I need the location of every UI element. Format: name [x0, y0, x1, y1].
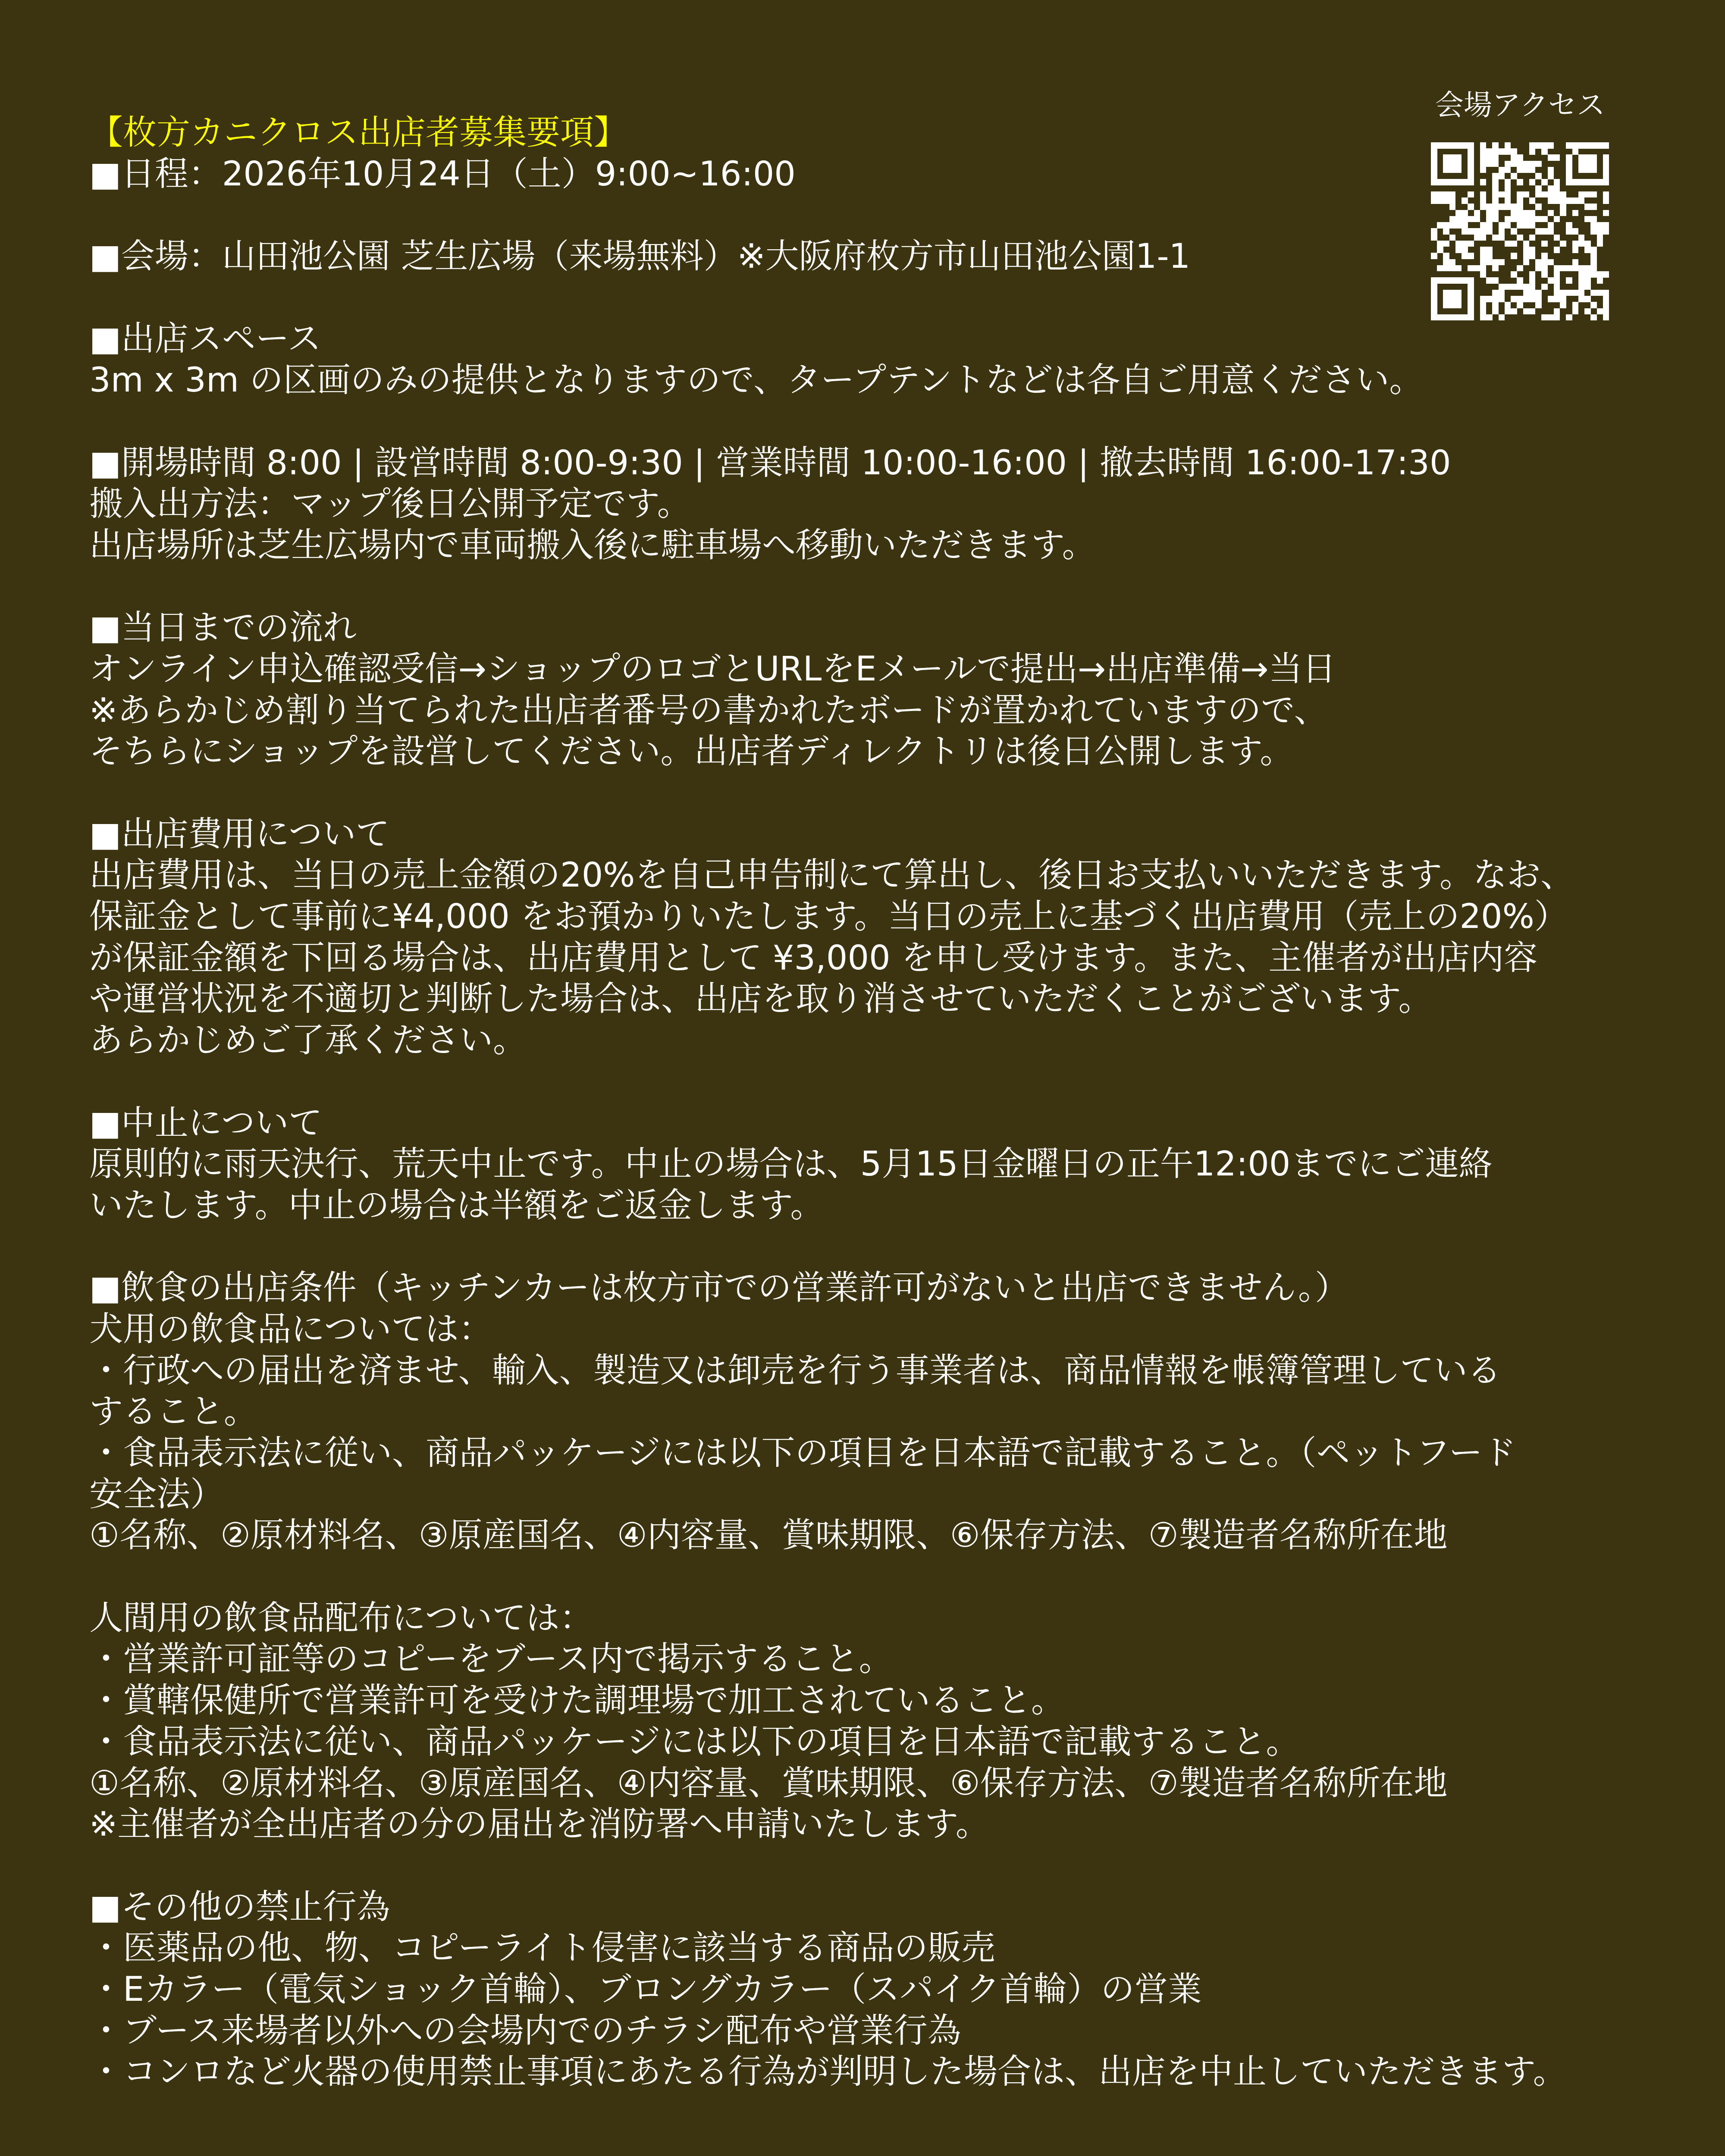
body-text-line: 出店費用は、当日の売上金額の20%を自己申告制にて算出し、後日お支払いいただきま… — [89, 855, 1685, 896]
body-text-line: ・食品表示法に従い、商品パッケージには以下の項目を日本語で記載すること。 — [89, 1722, 1685, 1763]
body-text-line: 搬入出方法：マップ後日公開予定です。 — [89, 484, 1685, 525]
body-text-line: 保証金として事前に¥4,000 をお預かりいたします。当日の売上に基づく出店費用… — [89, 896, 1685, 938]
section-heading: ■出店費用について — [89, 814, 1685, 856]
body-text-line: ・賞轄保健所で営業許可を受けた調理場で加工されていること。 — [89, 1680, 1685, 1722]
body-text-line: ・営業許可証等のコピーをブース内で掲示すること。 — [89, 1639, 1685, 1680]
section-heading: ■その他の禁止行為 — [89, 1887, 1685, 1928]
body-text-line: いたします。中止の場合は半額をご返金します。 — [89, 1185, 1685, 1227]
body-text-line: 犬用の飲食品については： — [89, 1309, 1685, 1351]
body-text-line: 3m x 3m の区画のみの提供となりますので、タープテントなどは各自ご用意くだ… — [89, 360, 1685, 401]
body-text-line: あらかじめご了承ください。 — [89, 1020, 1685, 1062]
body-text-line: が保証金額を下回る場合は、出店費用として ¥3,000 を申し受けます。また、主… — [89, 938, 1685, 979]
body-text-line: ・食品表示法に従い、商品パッケージには以下の項目を日本語で記載すること。（ペット… — [89, 1433, 1685, 1474]
body-text-line: ①名称、②原材料名、③原産国名、④内容量、賞味期限、⑥保存方法、⑦製造者名称所在… — [89, 1515, 1685, 1557]
body-text-line: 原則的に雨天決行、荒天中止です。中止の場合は、5月15日金曜日の正午12:00ま… — [89, 1144, 1685, 1185]
body-text-line: そちらにショップを設営してください。出店者ディレクトリは後日公開します。 — [89, 731, 1685, 773]
body-text-line: ・医薬品の他、物、コピーライト侵害に該当する商品の販売 — [89, 1928, 1685, 1969]
blank-line — [89, 1557, 1685, 1598]
blank-line — [89, 1846, 1685, 1887]
blank-line — [89, 1227, 1685, 1268]
qr-code-icon[interactable] — [1431, 142, 1609, 320]
body-text-line: 出店場所は芝生広場内で車両搬入後に駐車場へ移動いただきます。 — [89, 525, 1685, 567]
section-heading: ■中止について — [89, 1103, 1685, 1144]
section-heading: ■当日までの流れ — [89, 608, 1685, 649]
body-text-line: オンライン申込確認受信→ショップのロゴとURLをEメールで提出→出店準備→当日 — [89, 649, 1685, 690]
section-heading: ■飲食の出店条件（キッチンカーは枚方市での営業許可がないと出店できません。） — [89, 1268, 1685, 1309]
section-heading: ■出店スペース — [89, 319, 1685, 360]
body-text-line: ※主催者が全出店者の分の届出を消防署へ申請いたします。 — [89, 1804, 1685, 1846]
body-text-line: ・行政への届出を済ませ、輸入、製造又は卸売を行う事業者は、商品情報を帳簿管理して… — [89, 1351, 1685, 1392]
body-text-line: ※あらかじめ割り当てられた出店者番号の書かれたボードが置かれていますので、 — [89, 690, 1685, 732]
body-text-line: ①名称、②原材料名、③原産国名、④内容量、賞味期限、⑥保存方法、⑦製造者名称所在… — [89, 1763, 1685, 1805]
body-text-line: ・コンロなど火器の使用禁止事項にあたる行為が判明した場合は、出店を中止していただ… — [89, 2052, 1685, 2093]
body-text-line: 安全法） — [89, 1474, 1685, 1516]
body-text-line: 人間用の飲食品配布については： — [89, 1598, 1685, 1639]
blank-line — [89, 773, 1685, 814]
venue-access-label: 会場アクセス — [1423, 86, 1617, 124]
body-text-line: すること。 — [89, 1391, 1685, 1433]
body-text-line: ・Eカラー（電気ショック首輪）、ブロングカラー（スパイク首輪）の営業 — [89, 1969, 1685, 2011]
qr-code-graphic — [1431, 142, 1609, 320]
blank-line — [89, 567, 1685, 608]
body-text-line: や運営状況を不適切と判断した場合は、出店を取り消させていただくことがございます。 — [89, 979, 1685, 1020]
body-text-line: ・ブース来場者以外への会場内でのチラシ配布や営業行為 — [89, 2011, 1685, 2052]
blank-line — [89, 401, 1685, 443]
recruitment-guidelines-document: 【枚方カニクロス出店者募集要項】■日程：2026年10月24日（土）9:00~1… — [89, 113, 1685, 2093]
blank-line — [89, 1062, 1685, 1103]
section-heading: ■開場時間 8:00 | 設営時間 8:00-9:30 | 営業時間 10:00… — [89, 443, 1685, 484]
